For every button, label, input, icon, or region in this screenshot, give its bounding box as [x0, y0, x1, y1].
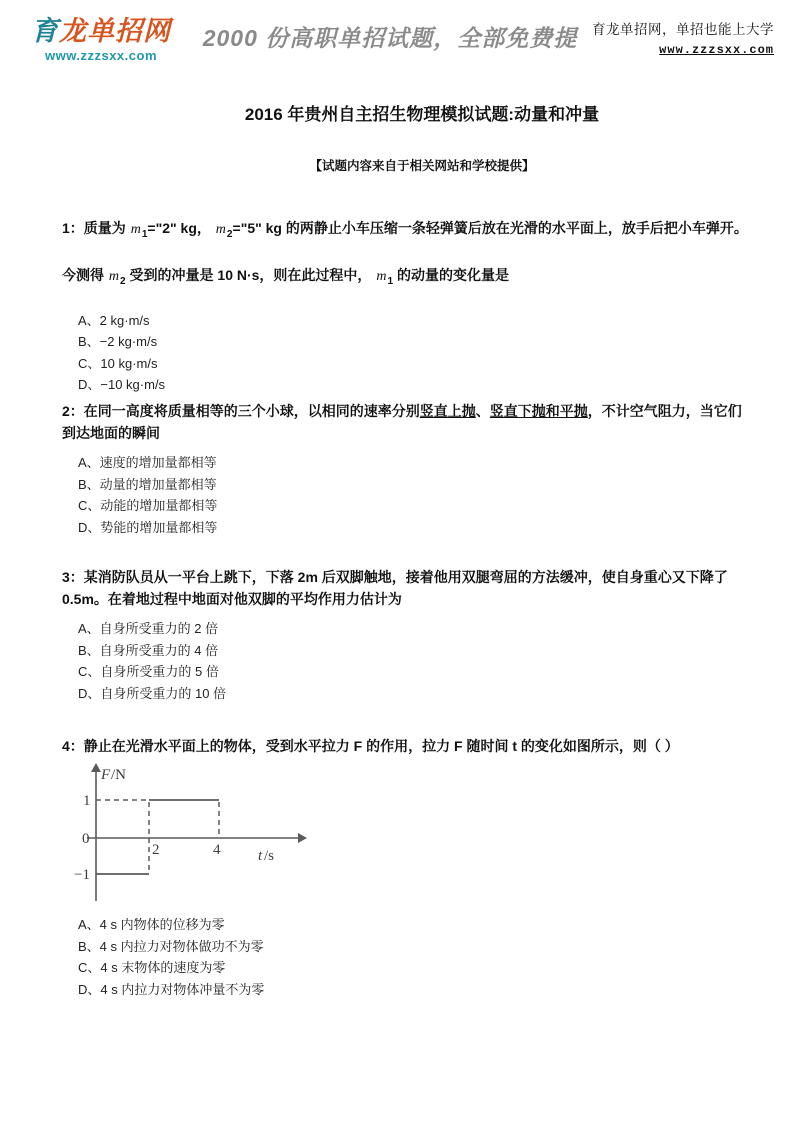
- text-segment: m: [130, 222, 142, 237]
- y-axis-label-unit: /N: [111, 767, 126, 783]
- question-3-option-b: B、自身所受重力的 4 倍: [78, 640, 762, 662]
- tick-label-4: 4: [213, 842, 221, 858]
- text-segment: 竖直下抛和平抛: [490, 403, 588, 419]
- tick-label-0: 0: [82, 831, 90, 847]
- question-4-option-c: C、4 s 末物体的速度为零: [78, 957, 762, 979]
- force-time-graph-svg: F /N 1 0 −1 2 4 t /s: [74, 762, 326, 906]
- text-segment: 的动量的变化量是: [393, 267, 509, 283]
- y-axis-label-symbol: F: [100, 767, 111, 783]
- header-url-link[interactable]: www.zzzsxx.com: [659, 43, 774, 57]
- question-4-option-a: A、4 s 内物体的位移为零: [78, 914, 762, 936]
- question-2-stem: 2：在同一高度将质量相等的三个小球，以相同的速率分别竖直上抛、竖直下抛和平抛，不…: [62, 400, 752, 444]
- question-3-stem: 3：某消防队员从一平台上跳下，下落 2m 后双脚触地，接着他用双腿弯屈的方法缓冲…: [62, 566, 752, 610]
- text-segment: m: [108, 269, 120, 284]
- header-right: 育龙单招网，单招也能上大学 www.zzzsxx.com: [592, 18, 774, 58]
- x-axis-label-symbol: t: [258, 848, 263, 864]
- y-axis-arrow: [91, 763, 101, 772]
- document-page: 育龙单招网 www.zzzsxx.com 2000 份高职单招试题，全部免费提 …: [0, 0, 794, 1123]
- header-banner: 2000 份高职单招试题，全部免费提: [178, 20, 602, 53]
- question-4-options: A、4 s 内物体的位移为零 B、4 s 内拉力对物体做功不为零 C、4 s 末…: [62, 914, 762, 1000]
- logo-text: 育龙单招网: [26, 16, 176, 46]
- force-time-graph: F /N 1 0 −1 2 4 t /s: [74, 762, 326, 906]
- header-slogan: 育龙单招网，单招也能上大学: [592, 18, 774, 38]
- page-title: 2016 年贵州自主招生物理模拟试题:动量和冲量: [62, 100, 782, 125]
- text-segment: 1：质量为: [62, 220, 130, 236]
- x-axis-label-unit: /s: [264, 848, 274, 864]
- question-2: 2：在同一高度将质量相等的三个小球，以相同的速率分别竖直上抛、竖直下抛和平抛，不…: [62, 400, 762, 538]
- question-2-options: A、速度的增加量都相等 B、动量的增加量都相等 C、动能的增加量都相等 D、势能…: [62, 452, 762, 538]
- question-1-options: A、2 kg·m/s B、−2 kg·m/s C、10 kg·m/s D、−10…: [62, 310, 762, 396]
- question-1-option-c: C、10 kg·m/s: [78, 353, 762, 375]
- x-axis-arrow: [298, 833, 307, 843]
- tick-label-neg1: −1: [74, 867, 90, 883]
- question-1-option-b: B、−2 kg·m/s: [78, 331, 762, 353]
- question-1: 1：质量为 m1="2" kg， m2="5" kg 的两静止小车压缩一条轻弹簧…: [62, 208, 762, 396]
- question-1-stem: 1：质量为 m1="2" kg， m2="5" kg 的两静止小车压缩一条轻弹簧…: [62, 208, 752, 302]
- text-segment: 、: [476, 403, 490, 419]
- tick-label-2: 2: [152, 842, 160, 858]
- question-2-option-a: A、速度的增加量都相等: [78, 452, 762, 474]
- question-3-option-a: A、自身所受重力的 2 倍: [78, 618, 762, 640]
- text-segment: 受到的冲量是 10 N·s，则在此过程中，: [126, 267, 376, 283]
- tick-label-1: 1: [83, 793, 91, 809]
- question-1-option-d: D、−10 kg·m/s: [78, 374, 762, 396]
- question-4-stem: 4：静止在光滑水平面上的物体，受到水平拉力 F 的作用，拉力 F 随时间 t 的…: [62, 735, 752, 757]
- question-3-options: A、自身所受重力的 2 倍 B、自身所受重力的 4 倍 C、自身所受重力的 5 …: [62, 618, 762, 704]
- page-header: 育龙单招网 www.zzzsxx.com 2000 份高职单招试题，全部免费提 …: [26, 14, 774, 74]
- text-segment: m: [375, 269, 387, 284]
- page-subtitle: 【试题内容来自于相关网站和学校提供】: [62, 156, 782, 174]
- question-2-option-b: B、动量的增加量都相等: [78, 474, 762, 496]
- question-2-option-c: C、动能的增加量都相等: [78, 495, 762, 517]
- text-segment: 2：在同一高度将质量相等的三个小球，以相同的速率分别: [62, 403, 420, 419]
- question-3-option-d: D、自身所受重力的 10 倍: [78, 683, 762, 705]
- question-3-option-c: C、自身所受重力的 5 倍: [78, 661, 762, 683]
- question-4-option-b: B、4 s 内拉力对物体做功不为零: [78, 936, 762, 958]
- site-logo: 育龙单招网 www.zzzsxx.com: [26, 16, 176, 63]
- question-4-option-d: D、4 s 内拉力对物体冲量不为零: [78, 979, 762, 1001]
- logo-char-accent: 育: [31, 16, 59, 46]
- question-3: 3：某消防队员从一平台上跳下，下落 2m 后双脚触地，接着他用双腿弯屈的方法缓冲…: [62, 566, 762, 704]
- question-4: 4：静止在光滑水平面上的物体，受到水平拉力 F 的作用，拉力 F 随时间 t 的…: [62, 735, 762, 1000]
- text-segment: m: [215, 222, 227, 237]
- question-2-option-d: D、势能的增加量都相等: [78, 517, 762, 539]
- text-segment: 竖直上抛: [420, 403, 476, 419]
- logo-brand-text: 龙单招网: [59, 16, 171, 46]
- question-1-option-a: A、2 kg·m/s: [78, 310, 762, 332]
- text-segment: ="2" kg，: [147, 220, 214, 236]
- logo-url: www.zzzsxx.com: [26, 48, 176, 63]
